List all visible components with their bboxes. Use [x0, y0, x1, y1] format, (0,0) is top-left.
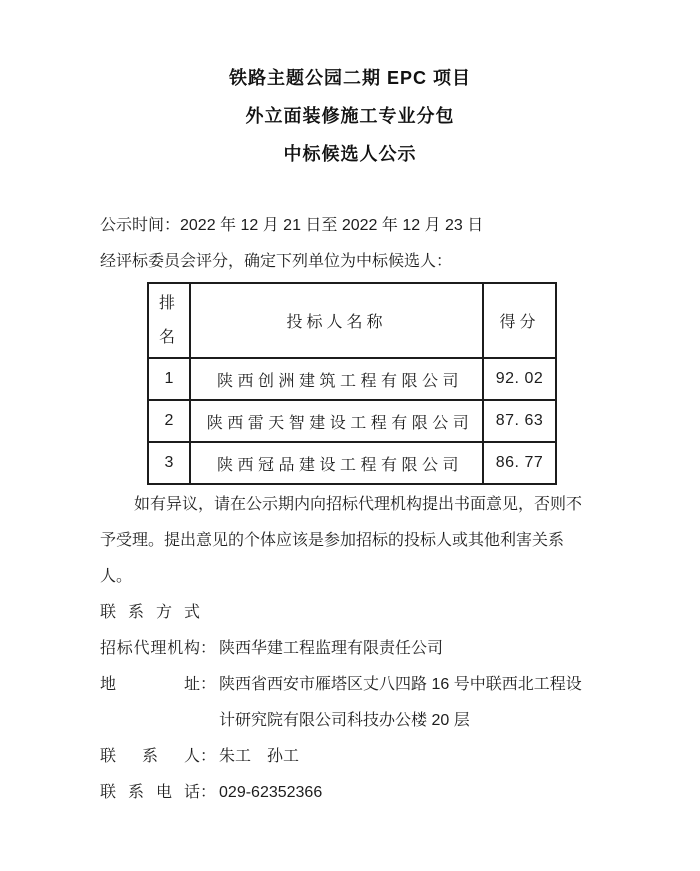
rank-cell: 1 [148, 358, 190, 400]
table-header-row: 排 名 投标人名称 得分 [148, 283, 556, 358]
contact-colon: ： [200, 739, 216, 775]
table-header-rank: 排 名 [148, 283, 190, 358]
document-title-block: 铁路主题公园二期 EPC 项目 外立面装修施工专业分包 中标候选人公示 [100, 59, 600, 173]
contact-label: 地址 [100, 667, 200, 703]
contact-value-line: 计研究院有限公司科技办公楼 20 层 [219, 703, 582, 739]
rank-header-bottom: 名 [149, 321, 189, 355]
table-row: 1 陕西创洲建筑工程有限公司 92. 02 [148, 358, 556, 400]
contact-colon: ： [200, 775, 216, 811]
score-cell: 92. 02 [483, 358, 556, 400]
publicity-period-text: 公示时间：2022 年 12 月 21 日至 2022 年 12 月 23 日 [100, 208, 600, 244]
intro-section: 公示时间：2022 年 12 月 21 日至 2022 年 12 月 23 日 … [100, 208, 600, 280]
rank-header-top: 排 [149, 287, 189, 321]
rank-cell: 2 [148, 400, 190, 442]
contact-value: 029-62352366 [219, 775, 322, 811]
objection-line: 人。 [100, 559, 600, 595]
contact-value-line: 朱工 孙工 [219, 739, 299, 775]
score-cell: 86. 77 [483, 442, 556, 484]
contact-value-line: 陕西华建工程监理有限责任公司 [219, 631, 443, 667]
contact-section: 联系方式 招标代理机构 ： 陕西华建工程监理有限责任公司 地址 ： 陕西省西安市… [100, 595, 600, 811]
bidder-cell: 陕西冠品建设工程有限公司 [190, 442, 483, 484]
evaluation-note-text: 经评标委员会评分，确定下列单位为中标候选人： [100, 244, 600, 280]
table-header-score: 得分 [483, 283, 556, 358]
contact-label: 招标代理机构 [100, 631, 200, 667]
objection-line: 如有异议，请在公示期内向招标代理机构提出书面意见，否则不 [100, 487, 600, 523]
candidates-table: 排 名 投标人名称 得分 1 陕西创洲建筑工程有限公司 92. 02 2 陕西雷… [147, 282, 557, 485]
contact-colon: ： [200, 631, 216, 667]
title-line-announcement: 中标候选人公示 [100, 135, 600, 173]
contact-label: 联系电话 [100, 775, 200, 811]
score-cell: 87. 63 [483, 400, 556, 442]
table-header-bidder: 投标人名称 [190, 283, 483, 358]
bidder-cell: 陕西创洲建筑工程有限公司 [190, 358, 483, 400]
announcement-document: 铁路主题公园二期 EPC 项目 外立面装修施工专业分包 中标候选人公示 公示时间… [0, 0, 700, 871]
contact-value: 朱工 孙工 [219, 739, 299, 775]
contact-row-agency: 招标代理机构 ： 陕西华建工程监理有限责任公司 [100, 631, 600, 667]
contact-row-person: 联系人 ： 朱工 孙工 [100, 739, 600, 775]
contact-value-line: 029-62352366 [219, 775, 322, 811]
contact-colon: ： [200, 667, 216, 703]
contact-value-line: 陕西省西安市雁塔区丈八四路 16 号中联西北工程设 [219, 667, 582, 703]
title-line-package: 外立面装修施工专业分包 [100, 97, 600, 135]
contact-row-phone: 联系电话 ： 029-62352366 [100, 775, 600, 811]
table-row: 3 陕西冠品建设工程有限公司 86. 77 [148, 442, 556, 484]
contact-label: 联系人 [100, 739, 200, 775]
objection-line: 予受理。提出意见的个体应该是参加招标的投标人或其他利害关系 [100, 523, 600, 559]
contact-heading-row: 联系方式 [100, 595, 600, 631]
title-line-project: 铁路主题公园二期 EPC 项目 [100, 59, 600, 97]
table-row: 2 陕西雷天智建设工程有限公司 87. 63 [148, 400, 556, 442]
contact-value: 陕西华建工程监理有限责任公司 [219, 631, 443, 667]
contact-row-address: 地址 ： 陕西省西安市雁塔区丈八四路 16 号中联西北工程设 计研究院有限公司科… [100, 667, 600, 739]
objection-paragraph: 如有异议，请在公示期内向招标代理机构提出书面意见，否则不 予受理。提出意见的个体… [100, 487, 600, 595]
contact-heading: 联系方式 [100, 595, 200, 631]
rank-cell: 3 [148, 442, 190, 484]
document-content: 铁路主题公园二期 EPC 项目 外立面装修施工专业分包 中标候选人公示 公示时间… [0, 0, 700, 811]
contact-value: 陕西省西安市雁塔区丈八四路 16 号中联西北工程设 计研究院有限公司科技办公楼 … [219, 667, 582, 739]
bidder-cell: 陕西雷天智建设工程有限公司 [190, 400, 483, 442]
